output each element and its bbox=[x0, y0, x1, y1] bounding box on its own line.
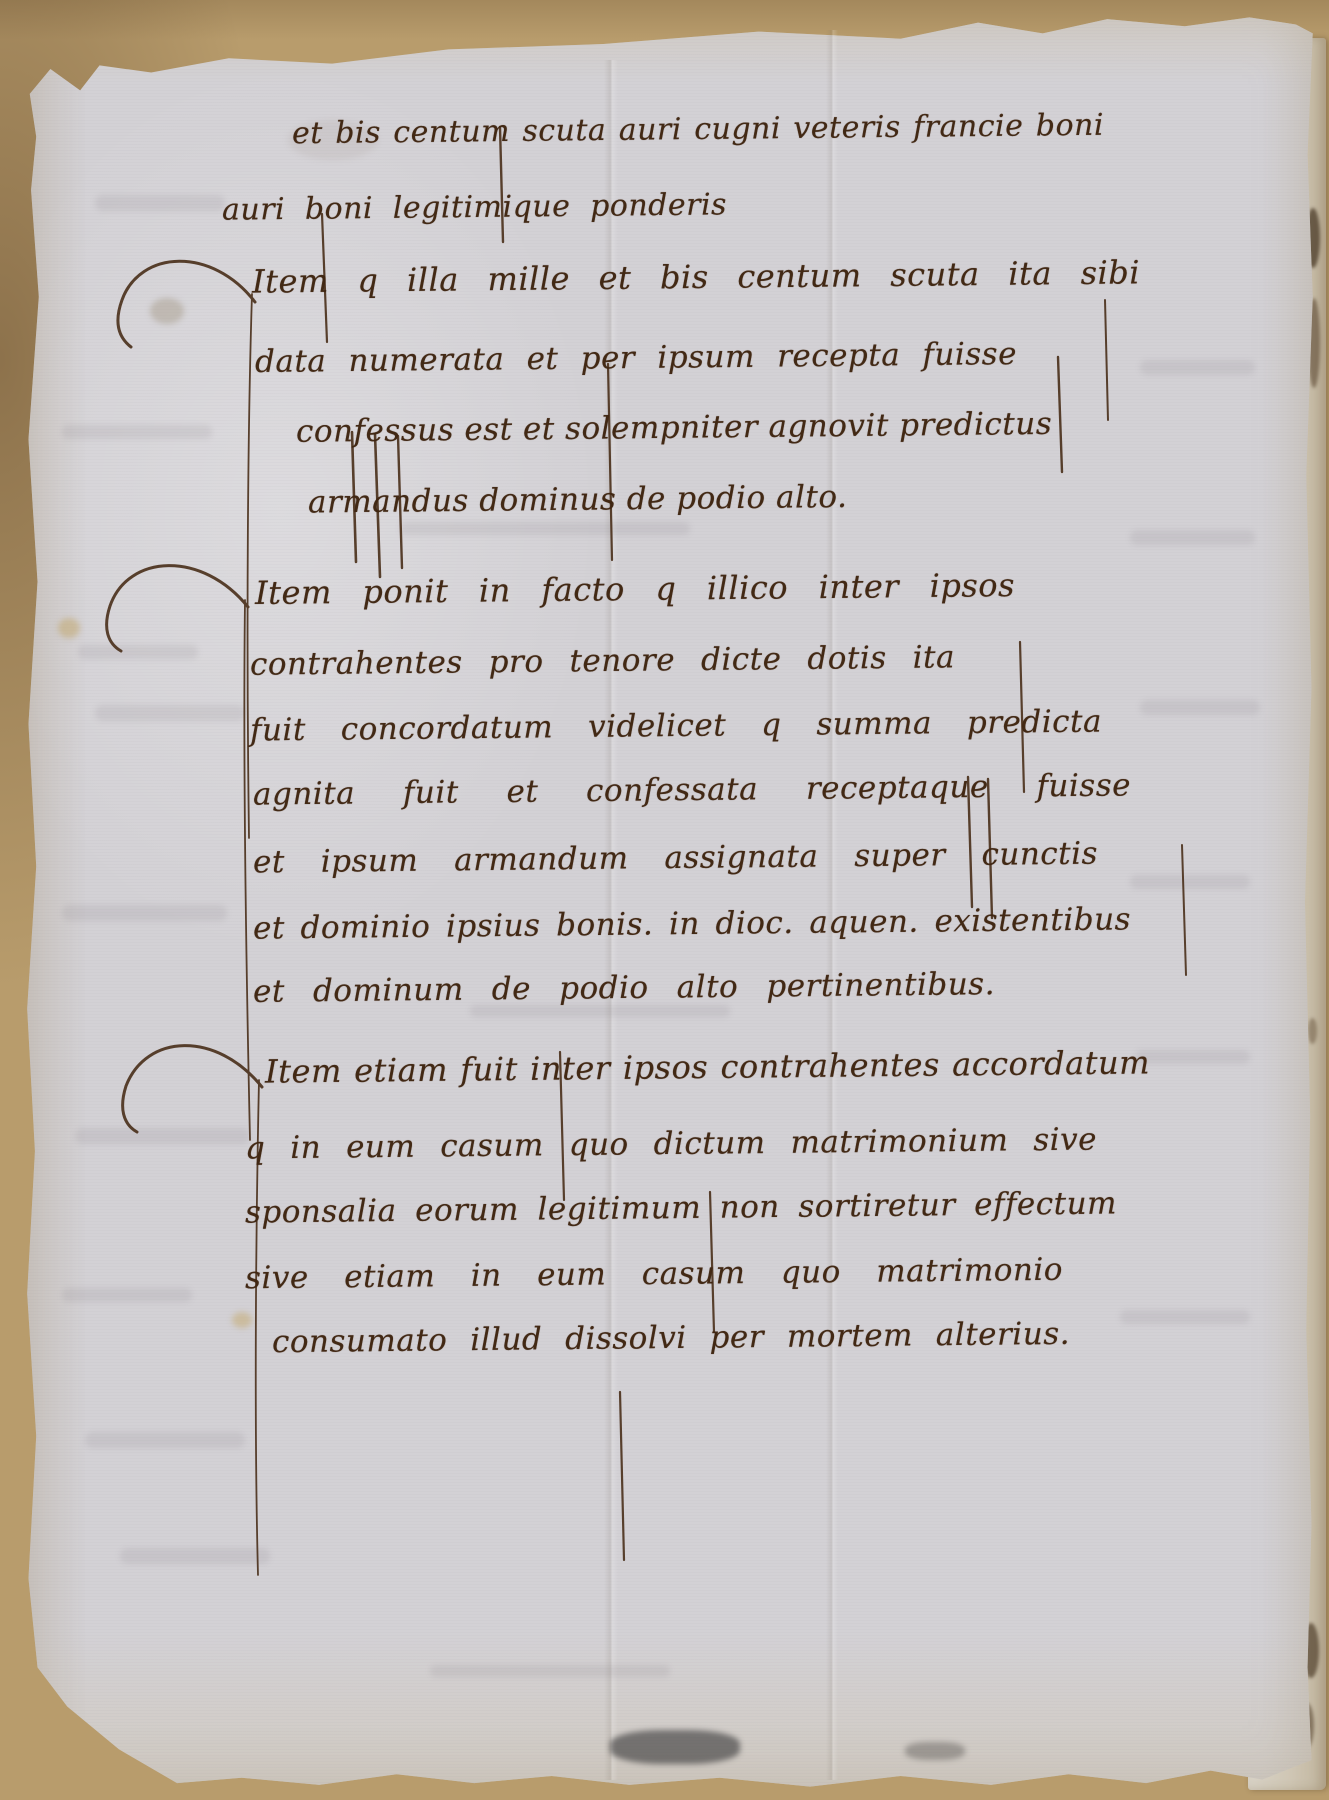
soot-smudge bbox=[905, 1742, 965, 1760]
bleed-through-ghost bbox=[85, 1432, 245, 1448]
bleed-through-ghost bbox=[95, 195, 225, 211]
bleed-through-ghost bbox=[62, 905, 227, 921]
bleed-through-ghost bbox=[1130, 875, 1250, 889]
bleed-through-ghost bbox=[1140, 700, 1260, 715]
manuscript-line-4: data numerata et per ipsum recepta fuiss… bbox=[255, 336, 1017, 381]
manuscript-line-7: Item ponit in facto q illico inter ipsos bbox=[255, 566, 1015, 612]
manuscript-line-6: armandus dominus de podio alto. bbox=[308, 479, 793, 521]
bleed-through-ghost bbox=[62, 1288, 192, 1302]
manuscript-line-13: et dominum de podio alto pertinentibus. bbox=[253, 966, 995, 1011]
bleed-through-ghost bbox=[1120, 1310, 1250, 1324]
bleed-through-ghost bbox=[1130, 530, 1255, 545]
bleed-through-ghost bbox=[120, 1548, 270, 1564]
bleed-through-ghost bbox=[75, 1128, 250, 1144]
bleed-through-ghost bbox=[62, 425, 212, 439]
paper-stain bbox=[232, 1312, 252, 1328]
bleed-through-ghost bbox=[1135, 1050, 1250, 1064]
paper-stain bbox=[150, 298, 184, 324]
bleed-through-ghost bbox=[430, 1665, 670, 1677]
manuscript-line-5: confessus est et solempniter agnovit pre… bbox=[296, 406, 1018, 451]
soot-smudge bbox=[610, 1730, 740, 1764]
edge-stain bbox=[1308, 1018, 1317, 1044]
manuscript-line-8: contrahentes pro tenore dicte dotis ita bbox=[250, 639, 955, 684]
bleed-through-ghost bbox=[78, 645, 198, 659]
manuscript-line-2: auri boni legitimique ponderis bbox=[222, 187, 727, 228]
paper-stain bbox=[58, 618, 80, 638]
bleed-through-ghost bbox=[95, 705, 245, 721]
bleed-through-ghost bbox=[400, 522, 690, 535]
bleed-through-ghost bbox=[1140, 360, 1255, 375]
